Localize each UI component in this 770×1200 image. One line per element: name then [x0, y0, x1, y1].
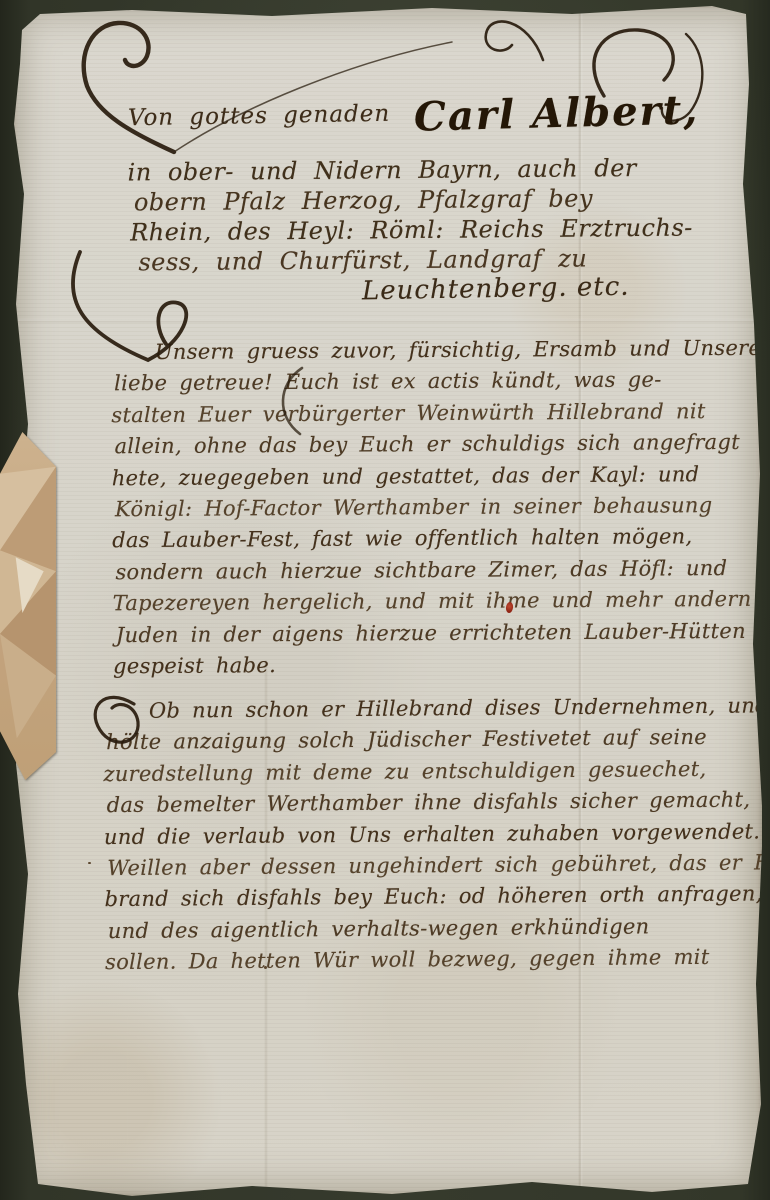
princely-title-lines: in ober- und Nidern Bayrn, auch derobern… [127, 154, 693, 279]
text-line: Königl: Hof-Factor Werthamber in seiner … [115, 493, 763, 529]
text-line: gespeist habe. [113, 650, 764, 686]
text-line: das Lauber-Fest, fast wie offentlich hal… [112, 524, 763, 560]
ink-speck [88, 862, 91, 864]
paragraph-2: Ob nun schon er Hillebrand dises Underne… [103, 693, 770, 982]
ink-speck [264, 966, 267, 969]
text-line: Unsern gruess zuvor, fürsichtig, Ersamb … [111, 336, 762, 372]
text-line: Tapezereyen hergelich, und mit ihme und … [113, 587, 764, 623]
text-line: Juden in der aigens hierzue errichteten … [116, 618, 764, 654]
text-line: sondern auch hierzue sichtbare Zimer, da… [115, 555, 763, 591]
letter-heading-line: Von gottes genaden Carl Albert, [128, 90, 699, 137]
folded-paper-edge [0, 432, 56, 780]
text-line: allein, ohne das bey Euch er schuldigs s… [114, 430, 762, 466]
manuscript-page: Von gottes genaden Carl Albert, in ober-… [12, 4, 762, 1196]
text-line: Rhein, des Heyl: Röml: Reichs Erztruchs- [130, 214, 693, 249]
sender-name: Carl Albert, [414, 86, 700, 140]
fold-crease-horizontal [12, 318, 762, 323]
text-line: obern Pfalz Herzog, Pfalzgraf bey [134, 184, 693, 219]
photo-background: Von gottes genaden Carl Albert, in ober-… [0, 0, 770, 1200]
territory-name: Leuchtenberg. etc. [362, 272, 630, 307]
text-line: sollen. Da hetten Wür woll bezweg, gegen… [105, 944, 770, 982]
text-line: in ober- und Nidern Bayrn, auch der [127, 154, 692, 189]
text-line: liebe getreue! Euch ist ex actis kündt, … [114, 367, 762, 403]
salutation-text: Von gottes genaden [128, 101, 391, 140]
text-line: stalten Euer verbürgerter Weinwürth Hill… [111, 399, 762, 435]
text-line: hete, zuegegeben und gestattet, das der … [112, 461, 763, 497]
paragraph-1: Unsern gruess zuvor, fürsichtig, Ersamb … [111, 336, 764, 686]
